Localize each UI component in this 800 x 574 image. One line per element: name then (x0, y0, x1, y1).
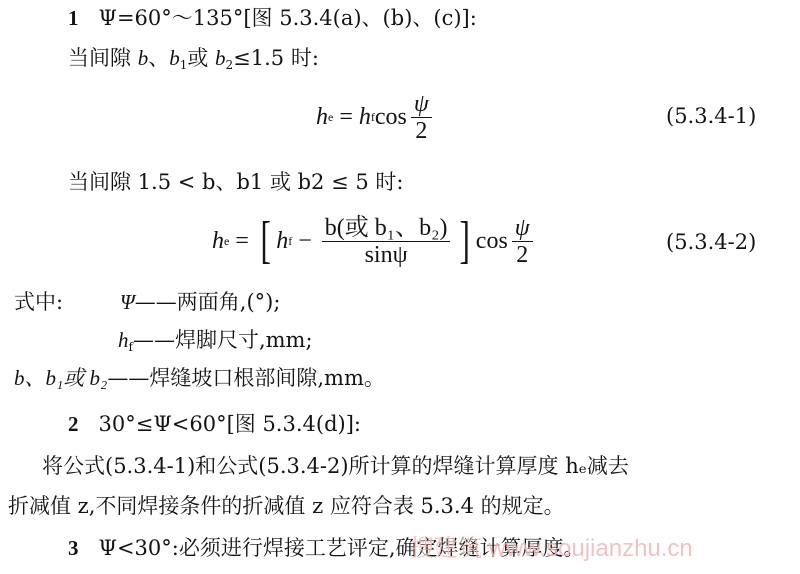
he-var: h (212, 228, 224, 255)
legend-item-hf: hf——焊脚尺寸,mm; (118, 326, 313, 361)
fraction-psi-over-2: ψ 2 (512, 215, 533, 268)
hf-var: h (276, 228, 288, 255)
equation-number-1: (5.3.4-1) (666, 104, 756, 128)
frac-den: 2 (516, 242, 528, 268)
legend-desc: 焊缝坡口根部间隙,mm。 (149, 366, 385, 390)
item1-heading: 1 Ψ=60°～135°[图 5.3.4(a)、(b)、(c)]: (68, 4, 477, 32)
var-b1: b (169, 46, 180, 70)
or-text: 或 (187, 46, 215, 70)
condition-1: 当间隙 b、b1或 b2≤1.5 时: (68, 44, 319, 79)
item3-number: 3 (68, 536, 79, 560)
legend-symbol: b、b₁或 b₂ (14, 366, 107, 390)
item2-paragraph-line2: 折减值 z,不同焊接条件的折减值 z 应符合表 5.3.4 的规定。 (8, 492, 565, 520)
legend-dash: —— (133, 328, 175, 352)
equation-number-2: (5.3.4-2) (666, 230, 756, 254)
minus: − (292, 228, 318, 255)
frac-num: b(或 b₁、b₂) (322, 215, 451, 242)
cos-fn: cos (476, 228, 508, 255)
fraction-gap-over-sin: b(或 b₁、b₂) sinψ (322, 215, 451, 268)
he-var: h (316, 104, 328, 131)
equals: = (229, 228, 255, 255)
item2-heading: 2 30°≤Ψ<60°[图 5.3.4(d)]: (68, 410, 361, 438)
var-b2: b (215, 46, 226, 70)
watermark: 搜建筑 www.soujianzhu.cn (410, 528, 693, 563)
sub-2: 2 (226, 58, 234, 72)
item1-heading-text: Ψ=60°～135°[图 5.3.4(a)、(b)、(c)]: (99, 6, 477, 30)
watermark-url: www.soujianzhu.cn (489, 535, 693, 562)
legend-label: 式中: (14, 288, 63, 316)
item2-number: 2 (68, 412, 79, 436)
hf-var: h (359, 104, 371, 131)
frac-num: ψ (512, 215, 533, 242)
var-b: b (138, 46, 149, 70)
equals: = (333, 104, 359, 131)
formula-5-3-4-2: he = [ hf − b(或 b₁、b₂) sinψ ] cos ψ 2 (212, 206, 537, 276)
fraction-psi-over-2: ψ 2 (411, 91, 432, 144)
item2-heading-text: 30°≤Ψ<60°[图 5.3.4(d)]: (99, 412, 361, 436)
cond1-prefix: 当间隙 (68, 46, 138, 70)
legend-item-b: b、b₁或 b₂——焊缝坡口根部间隙,mm。 (14, 364, 385, 392)
watermark-cn: 搜建筑 (410, 535, 482, 562)
legend-desc: 两面角,(°); (177, 290, 281, 314)
legend-dash: —— (107, 366, 149, 390)
frac-num: ψ (411, 91, 432, 118)
legend-symbol: h (118, 328, 129, 352)
cos-fn: cos (375, 104, 407, 131)
legend-dash: —— (135, 290, 177, 314)
frac-den: sinψ (365, 242, 408, 268)
formula-5-3-4-1: he = hf cos ψ 2 (316, 84, 436, 150)
item2-paragraph-line1: 将公式(5.3.4-1)和公式(5.3.4-2)所计算的焊缝计算厚度 hₑ减去 (42, 452, 629, 480)
legend-desc: 焊脚尺寸,mm; (175, 328, 313, 352)
left-bracket: [ (260, 215, 270, 267)
cond1-suffix: ≤1.5 时: (233, 46, 319, 70)
right-bracket: ] (460, 215, 470, 267)
frac-den: 2 (415, 118, 427, 144)
item1-number: 1 (68, 6, 79, 30)
legend-symbol: Ψ (120, 290, 135, 314)
sep: 、 (148, 46, 169, 70)
condition-2: 当间隙 1.5 < b、b1 或 b2 ≤ 5 时: (68, 168, 403, 196)
legend-item-psi: Ψ——两面角,(°); (120, 288, 280, 316)
